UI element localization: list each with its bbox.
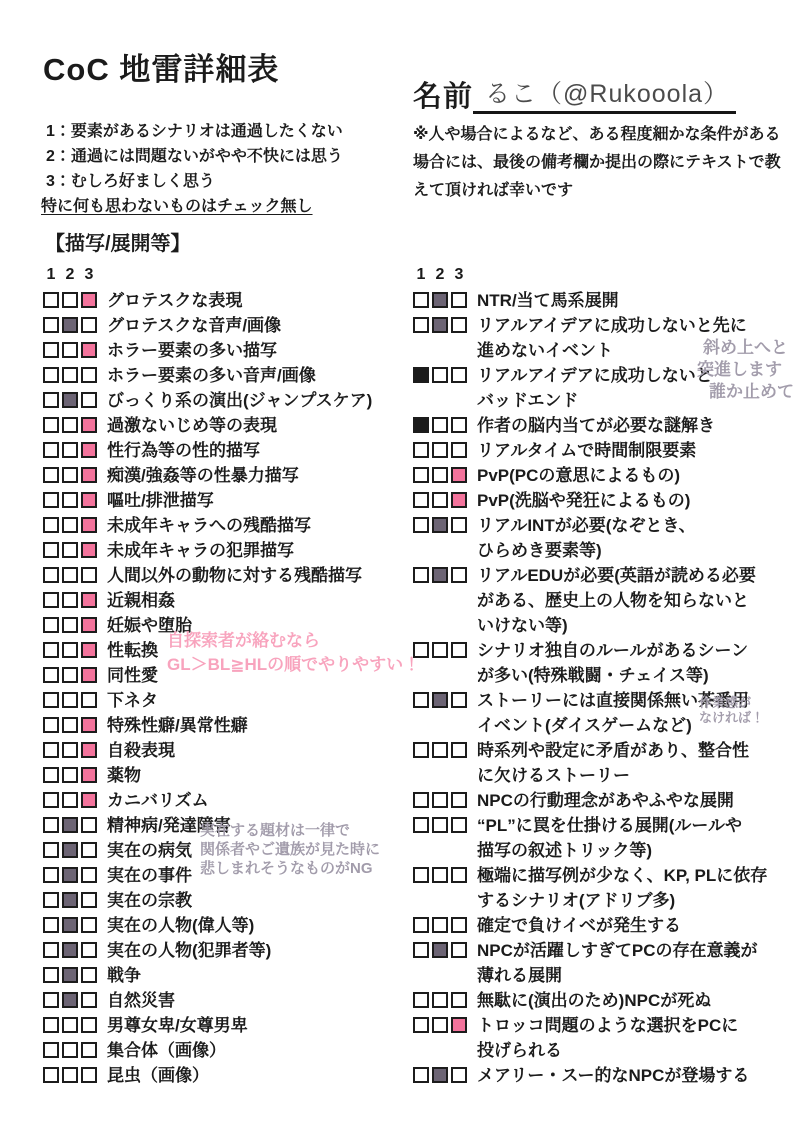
item-label: 時系列や設定に矛盾があり、整合性に欠けるストーリー <box>477 738 749 788</box>
item-label: リアルアイデアに成功しないとバッドエンド <box>477 363 713 413</box>
checkbox-level-3[interactable] <box>81 917 97 933</box>
checklist-row: グロテスクな音声/画像 <box>43 313 408 338</box>
checklist-row: 嘔吐/排泄描写 <box>43 488 408 513</box>
annotation-line: 悲しまれそうなものがNG <box>200 859 380 878</box>
checkbox-level-1[interactable] <box>43 642 59 658</box>
checklist-row: 無駄に(演出のため)NPCが死ぬ <box>413 988 798 1013</box>
checkbox-group <box>413 638 467 658</box>
checkbox-level-2[interactable] <box>62 592 78 608</box>
checkbox-level-2[interactable] <box>62 617 78 633</box>
checkbox-group <box>43 363 97 383</box>
checklist-row: NPCが活躍しすぎてPCの存在意義が薄れる展開 <box>413 938 798 988</box>
checkbox-level-1[interactable] <box>43 517 59 533</box>
checklist-row: 人間以外の動物に対する残酷描写 <box>43 563 408 588</box>
checkbox-level-2[interactable] <box>62 367 78 383</box>
checklist-row: びっくり系の演出(ジャンプスケア) <box>43 388 408 413</box>
item-label: トロッコ問題のような選択をPCに投げられる <box>477 1013 738 1063</box>
item-label: カニバリズム <box>107 788 209 813</box>
checklist-row: 実在の人物(犯罪者等) <box>43 938 408 963</box>
item-label: 実在の病気 <box>107 838 192 863</box>
checklist-row: 未成年キャラへの残酷描写 <box>43 513 408 538</box>
checkbox-level-3[interactable] <box>81 817 97 833</box>
checkbox-level-2[interactable] <box>62 417 78 433</box>
checkbox-level-2[interactable] <box>62 1042 78 1058</box>
item-label: 痴漢/強姦等の性暴力描写 <box>107 463 299 488</box>
checklist-row: リアルINTが必要(なぞとき、ひらめき要素等) <box>413 513 798 563</box>
checklist-row: ホラー要素の多い描写 <box>43 338 408 363</box>
checkbox-level-1[interactable] <box>43 717 59 733</box>
checkbox-level-2[interactable] <box>62 742 78 758</box>
checkbox-level-2-checked[interactable] <box>62 992 78 1008</box>
checklist-row: 昆虫（画像） <box>43 1063 408 1088</box>
checkbox-group <box>413 463 467 483</box>
checkbox-group <box>43 388 97 408</box>
checkbox-level-3-checked[interactable] <box>451 492 467 508</box>
checkbox-level-3[interactable] <box>451 517 467 533</box>
checkbox-group <box>413 688 467 708</box>
checkbox-group <box>413 438 467 458</box>
item-label: 未成年キャラへの残酷描写 <box>107 513 311 538</box>
checkbox-level-2-checked[interactable] <box>432 292 448 308</box>
checkbox-level-2-checked[interactable] <box>62 942 78 958</box>
checkbox-level-1[interactable] <box>413 917 429 933</box>
checkbox-level-3-checked[interactable] <box>81 742 97 758</box>
checkbox-level-3[interactable] <box>81 1067 97 1083</box>
checkbox-level-2-checked[interactable] <box>432 942 448 958</box>
checkbox-level-2-checked[interactable] <box>62 917 78 933</box>
checkbox-level-3[interactable] <box>81 692 97 708</box>
checkbox-group <box>43 288 97 308</box>
checkbox-level-2[interactable] <box>432 867 448 883</box>
scale-label-2: 2 <box>432 266 448 284</box>
checkbox-level-1-checked[interactable] <box>413 367 429 383</box>
item-label: 嘔吐/排泄描写 <box>107 488 214 513</box>
checkbox-level-3[interactable] <box>451 942 467 958</box>
item-label: ホラー要素の多い音声/画像 <box>107 363 316 388</box>
checkbox-level-1[interactable] <box>43 567 59 583</box>
checkbox-level-2-checked[interactable] <box>62 967 78 983</box>
checkbox-group <box>413 788 467 808</box>
checkbox-level-2-checked[interactable] <box>432 692 448 708</box>
checkbox-level-1[interactable] <box>43 592 59 608</box>
checkbox-group <box>413 1013 467 1033</box>
checkbox-level-1[interactable] <box>43 617 59 633</box>
item-label: 未成年キャラの犯罪描写 <box>107 538 294 563</box>
checkbox-level-2-checked[interactable] <box>62 817 78 833</box>
checkbox-level-1[interactable] <box>413 942 429 958</box>
checkbox-level-1[interactable] <box>43 867 59 883</box>
checkbox-group <box>43 1038 97 1058</box>
checkbox-level-3[interactable] <box>451 367 467 383</box>
checkbox-level-2[interactable] <box>432 917 448 933</box>
item-label: シナリオ独自のルールがあるシーンが多い(特殊戦闘・チェイス等) <box>477 638 748 688</box>
checklist-row: 自殺表現 <box>43 738 408 763</box>
checkbox-group <box>413 563 467 583</box>
checkbox-level-3[interactable] <box>451 692 467 708</box>
checklist-row: 特殊性癖/異常性癖 <box>43 713 408 738</box>
checkbox-group <box>43 1063 97 1083</box>
annotation-line: 誰か止めて <box>709 381 794 403</box>
checkbox-group <box>43 763 97 783</box>
checklist-row: シナリオ独自のルールがあるシーンが多い(特殊戦闘・チェイス等) <box>413 638 798 688</box>
checkbox-level-2[interactable] <box>62 767 78 783</box>
item-label: 特殊性癖/異常性癖 <box>107 713 248 738</box>
checkbox-level-2-checked[interactable] <box>432 1067 448 1083</box>
item-label: リアルタイムで時間制限要素 <box>477 438 696 463</box>
item-label: 無駄に(演出のため)NPCが死ぬ <box>477 988 711 1013</box>
item-label: NPCの行動理念があやふやな展開 <box>477 788 734 813</box>
item-label: ホラー要素の多い描写 <box>107 338 277 363</box>
checkbox-level-3[interactable] <box>451 317 467 333</box>
checkbox-group <box>413 863 467 883</box>
checkbox-group <box>413 313 467 333</box>
checkbox-level-2-checked[interactable] <box>432 517 448 533</box>
checkbox-group <box>43 1013 97 1033</box>
item-label: “PL”に罠を仕掛ける展開(ルールや描写の叙述トリック等) <box>477 813 742 863</box>
checkbox-level-2[interactable] <box>62 792 78 808</box>
checklist-row: “PL”に罠を仕掛ける展開(ルールや描写の叙述トリック等) <box>413 813 798 863</box>
checkbox-level-3-checked[interactable] <box>81 667 97 683</box>
checkbox-level-3-checked[interactable] <box>81 642 97 658</box>
item-label: 同性愛 <box>107 663 158 688</box>
item-label: NPCが活躍しすぎてPCの存在意義が薄れる展開 <box>477 938 758 988</box>
checkbox-level-2[interactable] <box>62 1067 78 1083</box>
scale-label-3: 3 <box>451 266 467 284</box>
checkbox-level-1[interactable] <box>413 442 429 458</box>
checkbox-level-3[interactable] <box>451 642 467 658</box>
item-label: 集合体（画像） <box>107 1038 226 1063</box>
conditions-note-line-1: ※人や場合によるなど、ある程度細かな条件がある <box>413 121 781 149</box>
checklist-row: NPCの行動理念があやふやな展開 <box>413 788 798 813</box>
checkbox-level-1[interactable] <box>43 542 59 558</box>
checkbox-level-1[interactable] <box>43 442 59 458</box>
item-label: 性行為等の性的描写 <box>107 438 260 463</box>
checkbox-level-1[interactable] <box>413 317 429 333</box>
checkbox-group <box>43 988 97 1008</box>
checkbox-level-3-checked[interactable] <box>81 592 97 608</box>
scale-label-3: 3 <box>81 266 97 284</box>
checkbox-level-1[interactable] <box>43 917 59 933</box>
checkbox-level-2[interactable] <box>62 567 78 583</box>
checkbox-level-3[interactable] <box>81 867 97 883</box>
item-label: 極端に描写例が少なく、KP, PLに依存するシナリオ(アドリブ多) <box>477 863 767 913</box>
checkbox-level-2[interactable] <box>62 667 78 683</box>
checkbox-group <box>413 513 467 533</box>
checkbox-level-1[interactable] <box>413 692 429 708</box>
checkbox-level-1[interactable] <box>43 667 59 683</box>
annotation-line: 突進します <box>697 359 794 381</box>
checkbox-level-3[interactable] <box>81 367 97 383</box>
checkbox-group <box>43 613 97 633</box>
checkbox-level-3[interactable] <box>451 792 467 808</box>
checkbox-group <box>413 738 467 758</box>
item-label: 男尊女卑/女尊男卑 <box>107 1013 248 1038</box>
checkbox-level-2[interactable] <box>432 817 448 833</box>
checkbox-group <box>43 888 97 908</box>
checkbox-level-2[interactable] <box>62 692 78 708</box>
checkbox-level-2[interactable] <box>432 742 448 758</box>
checkbox-group <box>43 963 97 983</box>
checklist-row: NTR/当て馬系展開 <box>413 288 798 313</box>
checkbox-level-1[interactable] <box>43 892 59 908</box>
item-label: 自殺表現 <box>107 738 175 763</box>
checkbox-level-3[interactable] <box>451 867 467 883</box>
checkbox-level-1[interactable] <box>43 992 59 1008</box>
checkbox-level-3[interactable] <box>451 417 467 433</box>
checkbox-level-1[interactable] <box>43 467 59 483</box>
checkbox-level-1[interactable] <box>43 1017 59 1033</box>
item-label: 過激ないじめ等の表現 <box>107 413 277 438</box>
checkbox-level-1[interactable] <box>43 817 59 833</box>
checkbox-group <box>43 738 97 758</box>
checklist-row: 極端に描写例が少なく、KP, PLに依存するシナリオ(アドリブ多) <box>413 863 798 913</box>
checkbox-level-2-checked[interactable] <box>62 317 78 333</box>
checklist-row: 下ネタ <box>43 688 408 713</box>
scale-header-123: 123 <box>413 262 798 288</box>
checkbox-level-3-checked[interactable] <box>451 467 467 483</box>
checkbox-level-2[interactable] <box>432 492 448 508</box>
annotation-line: なければ！ <box>699 710 764 725</box>
name-block: 名前 るこ（@Rukooola） <box>413 74 736 114</box>
checklist-row: メアリー・スー的なNPCが登場する <box>413 1063 798 1088</box>
checkbox-group <box>43 788 97 808</box>
item-label: リアルEDUが必要(英語が読める必要がある、歴史上の人物を知らないといけない等) <box>477 563 756 638</box>
checkbox-level-3-checked[interactable] <box>81 292 97 308</box>
checkbox-level-2[interactable] <box>432 992 448 1008</box>
checkbox-group <box>43 438 97 458</box>
checkbox-level-3-checked[interactable] <box>81 417 97 433</box>
checkbox-group <box>43 688 97 708</box>
checkbox-level-2[interactable] <box>432 367 448 383</box>
checkbox-group <box>43 663 97 683</box>
legend-line-1: 1：要素があるシナリオは通過したくない <box>46 119 343 144</box>
checkbox-level-1[interactable] <box>413 1017 429 1033</box>
checkbox-level-1[interactable] <box>43 342 59 358</box>
checkbox-level-1[interactable] <box>413 567 429 583</box>
checkbox-level-2[interactable] <box>432 417 448 433</box>
checkbox-group <box>43 538 97 558</box>
checkbox-level-2[interactable] <box>432 642 448 658</box>
annotation-line: 作業感が <box>699 695 764 710</box>
checkbox-level-3[interactable] <box>81 1042 97 1058</box>
checkbox-group <box>43 713 97 733</box>
checkbox-level-1[interactable] <box>413 492 429 508</box>
checkbox-level-1[interactable] <box>413 517 429 533</box>
checkbox-group <box>413 813 467 833</box>
checkbox-level-1[interactable] <box>43 842 59 858</box>
annotation-charge-ahead-note: 斜め上へと突進します誰か止めて <box>697 337 794 403</box>
checkbox-group <box>413 938 467 958</box>
checkbox-group <box>43 463 97 483</box>
checklist-row: ホラー要素の多い音声/画像 <box>43 363 408 388</box>
checkbox-level-1[interactable] <box>413 867 429 883</box>
checkbox-level-1[interactable] <box>43 1042 59 1058</box>
checkbox-level-3[interactable] <box>81 317 97 333</box>
no-check-note: 特に何も思わないものはチェック無し <box>41 194 313 219</box>
checkbox-group <box>43 638 97 658</box>
checklist-row: 作者の脳内当てが必要な謎解き <box>413 413 798 438</box>
checkbox-level-3[interactable] <box>81 842 97 858</box>
checkbox-level-3-checked[interactable] <box>81 442 97 458</box>
checkbox-level-1[interactable] <box>413 1067 429 1083</box>
checkbox-level-3-checked[interactable] <box>81 517 97 533</box>
item-label: 実在の宗教 <box>107 888 192 913</box>
item-label: メアリー・スー的なNPCが登場する <box>477 1063 749 1088</box>
checkbox-level-1[interactable] <box>413 992 429 1008</box>
checkbox-level-3[interactable] <box>81 967 97 983</box>
conditions-note-line-2: 場合には、最後の備考欄か提出の際にテキストで教 <box>413 149 781 177</box>
item-label: リアルINTが必要(なぞとき、ひらめき要素等) <box>477 513 696 563</box>
checkbox-group <box>43 588 97 608</box>
checkbox-level-1[interactable] <box>413 742 429 758</box>
checkbox-level-3-checked[interactable] <box>81 467 97 483</box>
checkbox-level-3-checked[interactable] <box>81 342 97 358</box>
checkbox-level-1[interactable] <box>43 742 59 758</box>
item-label: 性転換 <box>107 638 158 663</box>
checkbox-level-2[interactable] <box>62 517 78 533</box>
annotation-line: 自探索者が絡むなら <box>167 629 420 653</box>
item-label: グロテスクな表現 <box>107 288 242 313</box>
checkbox-level-1[interactable] <box>413 817 429 833</box>
scale-label-2: 2 <box>62 266 78 284</box>
checkbox-level-3[interactable] <box>81 392 97 408</box>
checkbox-level-1[interactable] <box>43 692 59 708</box>
scale-label-1: 1 <box>43 266 59 284</box>
checkbox-level-3[interactable] <box>451 817 467 833</box>
item-label: 自然災害 <box>107 988 175 1013</box>
checkbox-level-3-checked[interactable] <box>81 767 97 783</box>
annotation-line: 実在する題材は一律で <box>200 821 380 840</box>
checkbox-level-1[interactable] <box>413 292 429 308</box>
item-label: グロテスクな音声/画像 <box>107 313 281 338</box>
checkbox-group <box>43 813 97 833</box>
checkbox-level-3[interactable] <box>451 292 467 308</box>
checkbox-level-2[interactable] <box>62 442 78 458</box>
checkbox-level-3[interactable] <box>451 442 467 458</box>
checkbox-group <box>43 513 97 533</box>
checkbox-level-3-checked[interactable] <box>81 792 97 808</box>
checkbox-level-1[interactable] <box>43 767 59 783</box>
checkbox-group <box>43 488 97 508</box>
checklist-row: 自然災害 <box>43 988 408 1013</box>
checkbox-level-2-checked[interactable] <box>62 867 78 883</box>
checkbox-level-2[interactable] <box>62 467 78 483</box>
checkbox-level-3[interactable] <box>81 1017 97 1033</box>
item-label: NTR/当て馬系展開 <box>477 288 619 313</box>
checklist-row: 性行為等の性的描写 <box>43 438 408 463</box>
checkbox-level-2-checked[interactable] <box>62 842 78 858</box>
checklist-row: トロッコ問題のような選択をPCに投げられる <box>413 1013 798 1063</box>
checkbox-level-3-checked[interactable] <box>81 717 97 733</box>
checkbox-level-2[interactable] <box>62 492 78 508</box>
checkbox-level-2[interactable] <box>432 1017 448 1033</box>
checkbox-level-3-checked[interactable] <box>451 1017 467 1033</box>
checkbox-group <box>43 863 97 883</box>
item-label: 作者の脳内当てが必要な謎解き <box>477 413 715 438</box>
checklist-row: 薬物 <box>43 763 408 788</box>
checklist-row: 過激ないじめ等の表現 <box>43 413 408 438</box>
checkbox-level-2[interactable] <box>62 292 78 308</box>
checkbox-group <box>43 338 97 358</box>
checkbox-level-2-checked[interactable] <box>62 392 78 408</box>
checkbox-group <box>43 938 97 958</box>
checkbox-group <box>43 563 97 583</box>
checkbox-level-2[interactable] <box>62 642 78 658</box>
checklist-row: PvP(洗脳や発狂によるもの) <box>413 488 798 513</box>
checkbox-level-1[interactable] <box>43 492 59 508</box>
checkbox-level-2[interactable] <box>62 717 78 733</box>
annotation-gender-swap-note: 自探索者が絡むならGL＞BL≧HLの順でやりやすい！ <box>167 629 420 677</box>
checkbox-level-3[interactable] <box>451 917 467 933</box>
checkbox-group <box>413 1063 467 1083</box>
checkbox-level-1[interactable] <box>43 792 59 808</box>
checkbox-group <box>413 288 467 308</box>
item-label: 薬物 <box>107 763 141 788</box>
checkbox-level-1[interactable] <box>43 317 59 333</box>
item-label: 下ネタ <box>107 688 158 713</box>
annotation-real-subjects-note: 実在する題材は一律で関係者やご遺族が見た時に悲しまれそうなものがNG <box>200 821 380 878</box>
item-label: 人間以外の動物に対する残酷描写 <box>107 563 362 588</box>
checkbox-level-2[interactable] <box>432 442 448 458</box>
checkbox-level-2[interactable] <box>432 792 448 808</box>
checkbox-level-1[interactable] <box>413 792 429 808</box>
checkbox-level-2-checked[interactable] <box>432 567 448 583</box>
checkbox-level-3-checked[interactable] <box>81 542 97 558</box>
name-field[interactable]: るこ（@Rukooola） <box>473 74 736 114</box>
checkbox-level-2[interactable] <box>432 467 448 483</box>
scale-label-1: 1 <box>413 266 429 284</box>
checkbox-group <box>43 413 97 433</box>
checkbox-level-3-checked[interactable] <box>81 617 97 633</box>
checkbox-level-2[interactable] <box>62 1017 78 1033</box>
checkbox-level-2[interactable] <box>62 542 78 558</box>
annotation-line: 関係者やご遺族が見た時に <box>200 840 380 859</box>
item-label: 実在の人物(偉人等) <box>107 913 254 938</box>
checkbox-level-1[interactable] <box>413 467 429 483</box>
checkbox-level-3-checked[interactable] <box>81 492 97 508</box>
checkbox-level-3[interactable] <box>81 992 97 1008</box>
checkbox-level-3[interactable] <box>81 892 97 908</box>
checkbox-level-1[interactable] <box>43 942 59 958</box>
checkbox-level-1[interactable] <box>43 967 59 983</box>
checkbox-level-3[interactable] <box>451 567 467 583</box>
checkbox-level-1[interactable] <box>43 292 59 308</box>
checklist-row: 未成年キャラの犯罪描写 <box>43 538 408 563</box>
item-label: PvP(PCの意思によるもの) <box>477 463 680 488</box>
checkbox-level-1[interactable] <box>43 1067 59 1083</box>
checklist-row: グロテスクな表現 <box>43 288 408 313</box>
item-label: 昆虫（画像） <box>107 1063 209 1088</box>
checkbox-level-1[interactable] <box>43 367 59 383</box>
checkbox-level-2-checked[interactable] <box>432 317 448 333</box>
legend-line-2: 2：通過には問題ないがやや不快には思う <box>46 144 343 169</box>
page: { "header": { "title": "CoC 地雷詳細表", "nam… <box>0 0 800 1131</box>
checkbox-level-1[interactable] <box>43 417 59 433</box>
checkbox-group <box>413 488 467 508</box>
checkbox-level-2[interactable] <box>62 342 78 358</box>
checkbox-level-3[interactable] <box>451 1067 467 1083</box>
checkbox-level-3[interactable] <box>81 942 97 958</box>
checkbox-level-3[interactable] <box>451 992 467 1008</box>
section-title: 【描写/展開等】 <box>45 227 191 256</box>
checkbox-level-3[interactable] <box>451 742 467 758</box>
checkbox-level-1-checked[interactable] <box>413 417 429 433</box>
rating-legend: 1：要素があるシナリオは通過したくない 2：通過には問題ないがやや不快には思う … <box>46 119 343 194</box>
checkbox-level-2-checked[interactable] <box>62 892 78 908</box>
checkbox-level-1[interactable] <box>43 392 59 408</box>
item-label: 戦争 <box>107 963 141 988</box>
checkbox-level-3[interactable] <box>81 567 97 583</box>
